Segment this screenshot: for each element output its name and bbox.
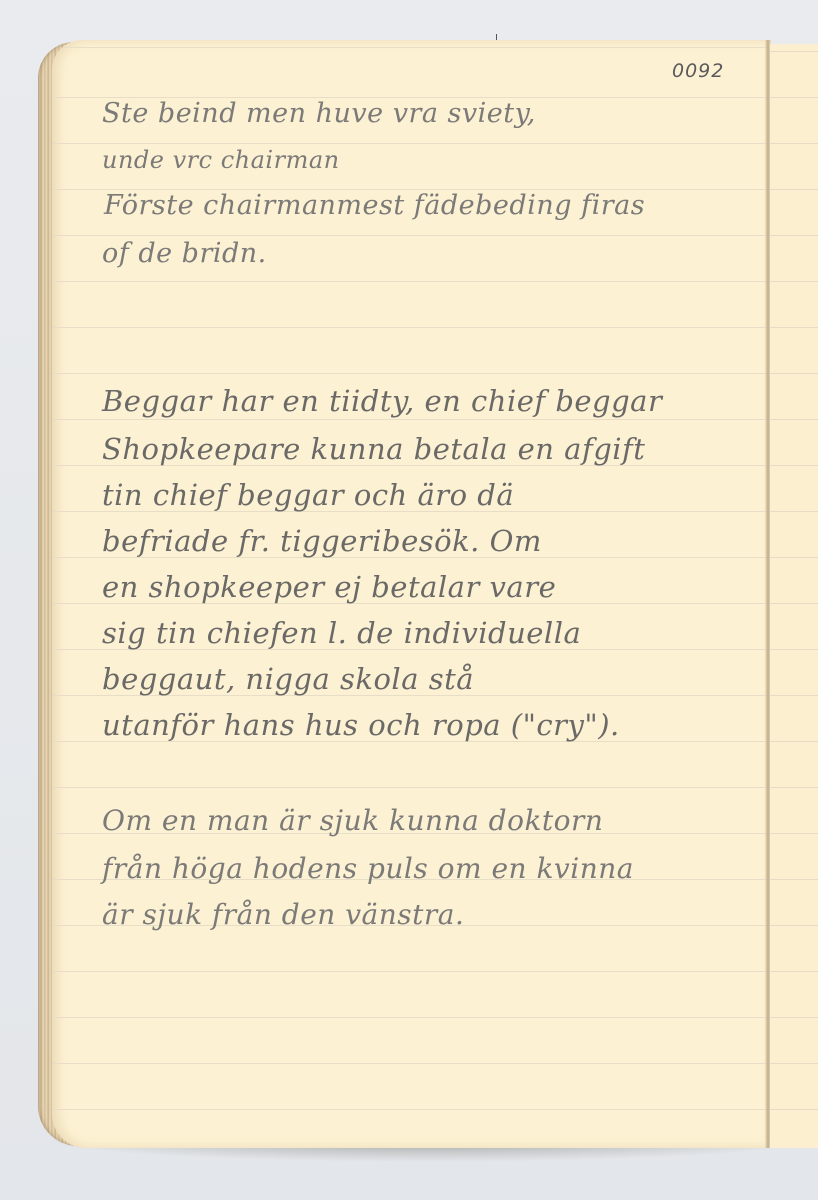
text-line: en shopkeeper ej betalar vare [102, 570, 556, 604]
notebook-page: 0092 Ste beind men huve vra sviety, unde… [52, 40, 768, 1148]
text-line: från höga hodens puls om en kvinna [102, 852, 634, 885]
notebook: 0092 Ste beind men huve vra sviety, unde… [38, 40, 818, 1150]
text-line: of de bridn. [102, 238, 267, 269]
text-line: sig tin chiefen l. de individuella [102, 616, 581, 650]
text-line: beggaut, nigga skola stå [102, 662, 474, 696]
text-line: Ste beind men huve vra sviety, [102, 98, 536, 129]
text-line: tin chief beggar och äro dä [102, 478, 514, 512]
page-number: 0092 [672, 60, 724, 82]
facing-page-edge [770, 44, 818, 1148]
text-line: Beggar har en tiidty, en chief beggar [102, 384, 662, 418]
text-line: Shopkeepare kunna betala en afgift [102, 432, 645, 466]
text-line: är sjuk från den vänstra. [102, 898, 464, 931]
text-line: Förste chairmanmest fädebeding firas [104, 190, 645, 221]
text-line: unde vrc chairman [102, 146, 340, 174]
text-line: Om en man är sjuk kunna doktorn [102, 804, 603, 837]
text-line: utanför hans hus och ropa ("cry"). [102, 708, 620, 742]
text-line: befriade fr. tiggeribesök. Om [102, 524, 542, 558]
